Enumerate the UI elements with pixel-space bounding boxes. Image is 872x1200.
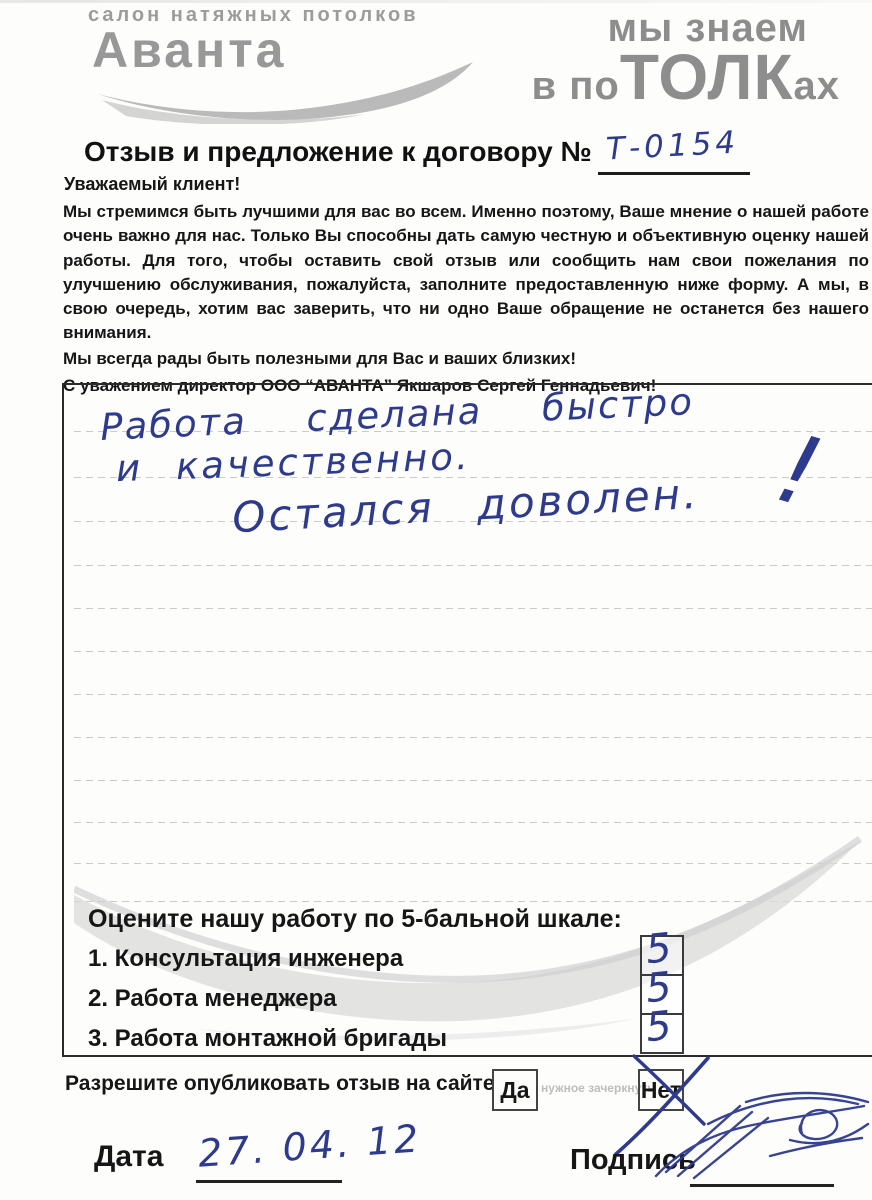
handwritten-date: 27. 04. 12 bbox=[197, 1116, 423, 1175]
watermark-wave-icon bbox=[74, 833, 864, 1048]
ruled-line bbox=[74, 608, 872, 609]
form-title: Отзыв и предложение к договору № bbox=[84, 136, 592, 167]
ruled-line bbox=[74, 780, 872, 781]
handwritten-score-install-crew: 5 bbox=[644, 1006, 673, 1048]
contract-number-handwritten: Т-0154 bbox=[605, 125, 740, 168]
intro-paragraph: Мы стремимся быть лучшими для вас во все… bbox=[63, 200, 869, 346]
slogan-line2: в по ТОЛК ах bbox=[480, 50, 840, 104]
rating-item-manager: 2. Работа менеджера bbox=[88, 985, 337, 1013]
ruled-line bbox=[74, 901, 872, 902]
ruled-line bbox=[74, 565, 872, 566]
publish-yes-label: Да bbox=[500, 1077, 529, 1104]
rating-item-install-crew: 3. Работа монтажной бригады bbox=[88, 1025, 447, 1053]
scanned-feedback-form: салон натяжных потолков Аванта мы знаем … bbox=[0, 0, 872, 1200]
rating-section-title: Оцените нашу работу по 5-бальной шкале: bbox=[88, 905, 622, 934]
publish-hint-text: нужное зачеркнуть bbox=[541, 1081, 637, 1095]
date-label: Дата bbox=[94, 1140, 163, 1174]
slogan-prefix: в по bbox=[532, 69, 620, 103]
ruled-line bbox=[74, 822, 872, 823]
ruled-line bbox=[74, 651, 872, 652]
greeting-text: Уважаемый клиент! bbox=[64, 174, 240, 195]
ruled-line bbox=[74, 694, 872, 695]
intro-text-block: Мы стремимся быть лучшими для вас во все… bbox=[63, 200, 869, 398]
ruled-line bbox=[74, 737, 872, 738]
ruled-line bbox=[74, 863, 872, 864]
score-box-install-crew: 5 bbox=[640, 1013, 684, 1054]
publish-question: Разрешите опубликовать отзыв на сайте bbox=[65, 1072, 495, 1096]
signature-scribble-icon bbox=[650, 1078, 872, 1190]
company-slogan: мы знаем в по ТОЛК ах bbox=[480, 8, 840, 104]
logo-wave-icon bbox=[94, 60, 478, 124]
handwritten-exclamation: ! bbox=[768, 420, 831, 523]
company-logo: салон натяжных потолков Аванта bbox=[60, 4, 480, 75]
intro-line2: Мы всегда рады быть полезными для Вас и … bbox=[63, 347, 869, 371]
form-title-row: Отзыв и предложение к договору № Т-0154 bbox=[84, 136, 864, 168]
scan-artifact-edge bbox=[0, 0, 872, 3]
contract-number-line bbox=[598, 172, 750, 175]
rating-item-engineer: 1. Консультация инженера bbox=[88, 945, 403, 973]
review-comment-box: Работа сделана быстро и качественно. Ост… bbox=[62, 383, 872, 1057]
publish-yes-box: Да bbox=[492, 1069, 538, 1111]
slogan-suffix: ах bbox=[794, 69, 841, 103]
slogan-emphasis: ТОЛК bbox=[620, 50, 794, 104]
date-line bbox=[196, 1180, 342, 1183]
